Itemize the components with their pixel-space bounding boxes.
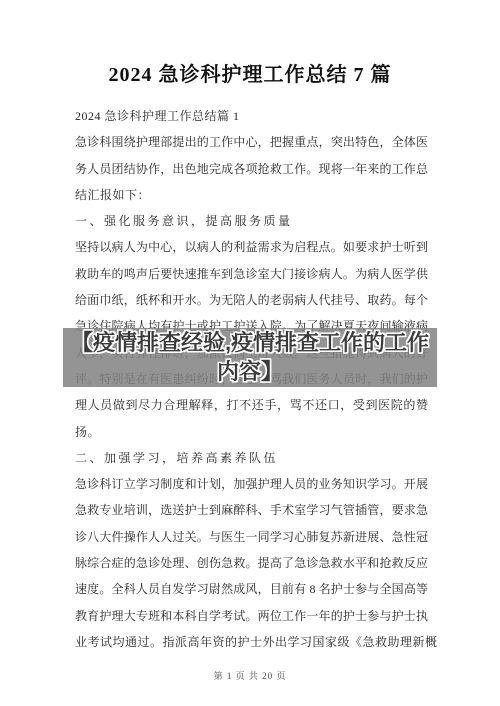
watermark-text: 【疫情排查经验,疫情排查工作的工作 xyxy=(71,329,429,358)
text-line: 务人员团结协作，出色地完成各项抢救工作。现将一年来的工作总 xyxy=(75,156,428,182)
text-line: 一、强化服务意识，提高服务质量 xyxy=(75,208,428,234)
text-line: 坚持以病人为中心，以病人的利益需求为启程点。如要求护士听到 xyxy=(75,234,428,260)
text-line: 急救专业培训，选送护士到麻醉科、手术室学习气管插管，要求急 xyxy=(75,497,428,523)
text-line: 二、加强学习，培养高素养队伍 xyxy=(75,445,428,471)
text-line: 脉综合症的急诊处理、创伤急救。提高了急诊急救水平和抢救反应 xyxy=(75,550,428,576)
text-line: 给面巾纸，纸杯和开水。为无陪人的老弱病人代挂号、取药。每个 xyxy=(75,287,428,313)
page-title: 2024 急诊科护理工作总结 7 篇 xyxy=(0,60,500,90)
text-line: 诊八大件操作人人过关。与医生一同学习心肺复苏新进展、急性冠 xyxy=(75,524,428,550)
watermark-text: 内容】 xyxy=(217,358,283,387)
text-line: 理人员做到尽力合理解释，打不还手，骂不还口，受到医院的赞 xyxy=(75,392,428,418)
text-line: 急诊科围绕护理部提出的工作中心，把握重点，突出特色，全体医 xyxy=(75,129,428,155)
text-line: 教育护理大专班和本科自学考试。两位工作一年的护士参与护士执 xyxy=(75,603,428,629)
text-line: 救助车的鸣声后要快速推车到急诊室大门接诊病人。为病人医学供 xyxy=(75,261,428,287)
text-line: 速度。全科人员自发学习尉然成风，目前有 8 名护士参与全国高等 xyxy=(75,576,428,602)
page-number: 第 1 页 共 20 页 xyxy=(0,666,500,686)
text-line: 扬。 xyxy=(75,419,428,445)
text-line: 急诊科订立学习制度和计划，加强护理人员的业务知识学习。开展 xyxy=(75,471,428,497)
text-line: 业考试均通过。指派高年资的护士外出学习国家级《急救助理新概 xyxy=(75,629,428,655)
text-line: 2024 急诊科护理工作总结篇 1 xyxy=(75,103,428,129)
text-line: 结汇报如下： xyxy=(75,182,428,208)
watermark-banner: 【疫情排查经验,疫情排查工作的工作内容】 xyxy=(63,328,437,387)
